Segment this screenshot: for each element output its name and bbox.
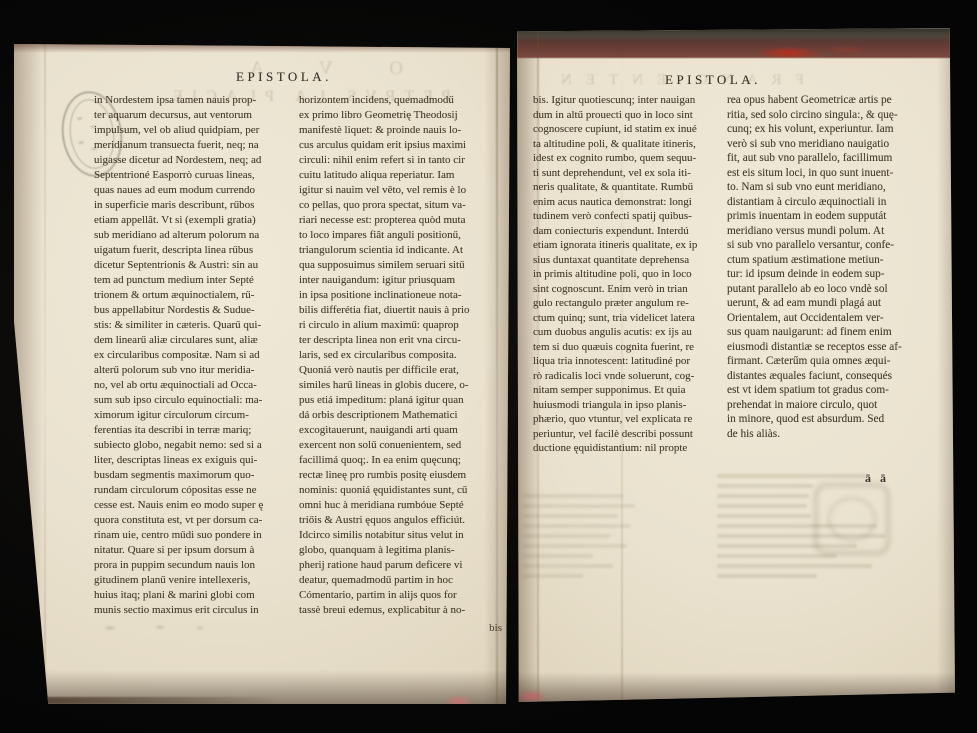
text-line: nitatur. Quare si per ipsum dorsum à	[94, 544, 297, 559]
text-line: quas naues ad eum modum currendo	[94, 184, 297, 199]
text-line: impulsum, vel ob aliud quidpiam, per	[94, 124, 297, 139]
text-line: in primis altitudine poli, quo in loco	[533, 268, 731, 283]
text-column: bis. Igitur quotiescunq; inter nauigandu…	[533, 94, 731, 457]
text-line: nitam semper supponimus. Et quia	[533, 384, 731, 399]
text-line: tur: id ipsum deinde in eodem sup-	[727, 268, 941, 283]
text-line: bus appellabitur Nordestis & Sudue-	[94, 304, 297, 319]
text-line: rundam circulorum cópositas esse ne	[94, 484, 297, 499]
text-line: periuntur, vel facilè describi possunt	[533, 428, 731, 443]
text-line: ctum quinq; sunt, tria videlicet latera	[533, 312, 731, 327]
text-line: meridiano versus mundi polum. At	[727, 225, 941, 240]
book-photo: O V A PETRVS LA PLACIE EPISTOLA. in Nord…	[0, 0, 977, 733]
text-line: laris, sed ex circularibus composita.	[299, 349, 502, 364]
text-line: munis sectio maximus erit circulus in	[94, 604, 297, 619]
text-line: gitudinem planű venire intellexeris,	[94, 574, 297, 589]
signature-mark: ā ā	[847, 471, 907, 486]
ink-offset-mark	[100, 624, 210, 631]
text-line: cunq; ex his volunt, experiuntur. Iam	[727, 123, 941, 138]
text-line: tassè breui edemus, explicabitur à no-	[299, 604, 502, 619]
text-line: etiam appellât. Vt si (exempli gratia)	[94, 214, 297, 229]
ghost-line	[717, 544, 857, 548]
text-line: horizontem incidens, quemadmodű	[299, 94, 502, 109]
text-line: sus quam nauigarunt: ad finem enim	[727, 326, 941, 341]
text-line: rinam uie, centro műdi suo pondere in	[94, 529, 297, 544]
text-line: cuitu latitudo aliqua reperiatur. Iam	[299, 169, 502, 184]
text-line: ter aquarum decursus, aut ventorum	[94, 109, 297, 124]
left-page: O V A PETRVS LA PLACIE EPISTOLA. in Nord…	[14, 44, 510, 704]
text-line: cus arculus quidam erit ipsius maximi	[299, 139, 502, 154]
text-line: dem linearű aliæ circulares sunt, aliæ	[94, 334, 297, 349]
page-bottom-edge	[42, 697, 282, 704]
text-line: omni huc à meridiana rumbóue Septé	[299, 499, 502, 514]
page-title: EPISTOLA.	[236, 69, 332, 85]
text-line: est vt idem spatium tot gradus com-	[727, 384, 941, 399]
showthrough-ornate-initial	[813, 482, 891, 556]
text-column: horizontem incidens, quemadmodűex primo …	[299, 94, 502, 619]
text-line: pherij ratione haud parum deficere vi	[299, 559, 502, 574]
text-line: rea opus habent Geometricæ artis pe	[727, 94, 941, 109]
text-line: si sub vno parallelo versantur, confe-	[727, 239, 941, 254]
text-line: tem ad punctum medium inter Septé	[94, 274, 297, 289]
text-line: phærio, quo vtuntur, vel explicata re	[533, 413, 731, 428]
text-line: inter nauigandum: igitur priusquam	[299, 274, 502, 289]
text-line: ctum spatium æstimatione metiun-	[727, 254, 941, 269]
text-line: de his aliàs.	[727, 428, 941, 443]
text-line: ter descripta linea non erit vna circu-	[299, 334, 502, 349]
text-line: in minore, quod est absurdum. Sed	[727, 413, 941, 428]
text-line: putant parallelo ab eo loco vndè sol	[727, 283, 941, 298]
text-line: huiusmodi triangula in ipso planis-	[533, 399, 731, 414]
text-line: prora in puppim secundum nauis lon	[94, 559, 297, 574]
text-line: rò radicalis loci vnde soluerunt, cog-	[533, 370, 731, 385]
text-line: gulo rectangulo præter angulum re-	[533, 297, 731, 312]
ghost-line	[523, 574, 583, 578]
text-line: uigasse dicetur ad Nordestem, neq; ad	[94, 154, 297, 169]
ghost-line	[717, 474, 867, 478]
text-column: in Nordestem ipsa tamen nauis prop-ter a…	[94, 94, 297, 619]
text-line: verò si sub vno meridiano nauigatio	[727, 138, 941, 153]
text-line: uerunt, & ad eam mundi plagá aut	[727, 297, 941, 312]
text-line: triőis & Austri ęquos angulos efficiút.	[299, 514, 502, 529]
ghost-line	[523, 554, 593, 558]
text-line: qua supposuimus similem seruari sitű	[299, 259, 502, 274]
text-line: riari necesse est: propterea quòd muta	[299, 214, 502, 229]
text-line: Idcirco similis notabitur situs velut in	[299, 529, 502, 544]
ghost-line	[717, 484, 813, 488]
text-line: trionem & ortum æquinoctialem, rű-	[94, 289, 297, 304]
text-line: firmant. Cæterűm quia omnes æqui-	[727, 355, 941, 370]
ghost-line	[717, 564, 872, 568]
text-line: est eis situm loci, in quo sunt inuent-	[727, 167, 941, 182]
text-line: ximorum igitur circulorum circum-	[94, 409, 297, 424]
ghost-line	[717, 514, 811, 518]
text-line: Septentrioné Easporrò curuas lineas,	[94, 169, 297, 184]
text-line: huius itaq; plani & marini globi com	[94, 589, 297, 604]
text-line: primis inuentam in eodem supputát	[727, 210, 941, 225]
text-line: distantes æquales faciunt, consequés	[727, 370, 941, 385]
text-line: etiam ignorata itineris qualitate, ex ip	[533, 239, 731, 254]
text-line: idest ex cognito rumbo, quem sequu-	[533, 152, 731, 167]
ghost-line	[717, 554, 837, 558]
text-line: cum duobus angulis acutis: ex ijs au	[533, 326, 731, 341]
text-line: tudinem verò confecti spatij quibus-	[533, 210, 731, 225]
text-line: ti sunt deprehendunt, vel ex sola iti-	[533, 167, 731, 182]
text-line: in Nordestem ipsa tamen nauis prop-	[94, 94, 297, 109]
text-line: triangulorum scientia id indicante. At	[299, 244, 502, 259]
text-line: Quoniá verò nautis per difficile erat,	[299, 364, 502, 379]
text-line: no, vel ab ortu æquinoctiali ad Occa-	[94, 379, 297, 394]
text-line: in ipsa positione inclinationeue nota-	[299, 289, 502, 304]
text-line: Orientalem, aut Occidentalem ver-	[727, 312, 941, 327]
text-line: ritia, sed solo circino singula:, & quę-	[727, 109, 941, 124]
text-line: bilis differétia fiat, diuertit nauis à …	[299, 304, 502, 319]
ghost-line	[523, 524, 631, 528]
text-line: distantiam à circulo æquinoctiali in	[727, 196, 941, 211]
text-line: ductione ęquidistantium: nil propte	[533, 442, 731, 457]
text-line: neris qualitate, & quantitate. Rumbű	[533, 181, 731, 196]
text-line: eiusmodi distantiæ se receptos esse af-	[727, 341, 941, 356]
text-line: igitur si nauim vel vēto, vel remis è lo	[299, 184, 502, 199]
text-line: pus etiá impeditum: planá igitur quan	[299, 394, 502, 409]
ghost-line	[717, 494, 809, 498]
text-line: ferentias ita describi in terræ mariq;	[94, 424, 297, 439]
text-line: exercent non solű conuenientem, sed	[299, 439, 502, 454]
text-line: prehendat in maiore circulo, quot	[727, 399, 941, 414]
right-page: FRANC ENTEN EPISTOLA. bis. Igitur quotie…	[517, 28, 955, 702]
text-line: sius duntaxat quantitate deprehensa	[533, 254, 731, 269]
text-line: sum sub ipso circulo equinoctiali: ma-	[94, 394, 297, 409]
pink-edge-stain	[517, 690, 547, 703]
text-line: rectæ lineę pro rumbis positę eiusdem	[299, 469, 502, 484]
ghost-line	[717, 534, 885, 538]
text-line: manifestè liquet: & proinde nauis lo-	[299, 124, 502, 139]
text-line: meridianum transuecta fuerit, neq; na	[94, 139, 297, 154]
text-line: subiecto globo, negabit nemo: sed si a	[94, 439, 297, 454]
text-line: sint cognoscunt. Enim verò in trian	[533, 283, 731, 298]
ghost-line	[717, 574, 817, 578]
text-line: tem si duo quæuis cognita fuerint, re	[533, 341, 731, 356]
text-line: uigatum fuerit, descripta linea rűbus	[94, 244, 297, 259]
text-line: cesse est. Nauis enim eo modo super ę	[94, 499, 297, 514]
text-line: Cómentario, partim in alijs quos for	[299, 589, 502, 604]
text-line: ex circularibus compositæ. Nam si ad	[94, 349, 297, 364]
page-crease	[44, 44, 46, 704]
text-line: facillimá quoq;. In ea enim quęcunq;	[299, 454, 502, 469]
text-line: dum in altű prouecti quo in loco sint	[533, 109, 731, 124]
text-line: dicetur Septentrionis & Austri: sin au	[94, 259, 297, 274]
showthrough-text-block	[523, 488, 643, 584]
text-line: cognoscere cupiunt, id statim ex inué	[533, 123, 731, 138]
text-line: to. Nam si sub vno eunt meridiano,	[727, 181, 941, 196]
text-line: ex primo libro Geometrię Theodosij	[299, 109, 502, 124]
text-line: dá orbis descriptionem Mathematici	[299, 409, 502, 424]
text-line: globo, quanquam à legitima planis-	[299, 544, 502, 559]
text-line: fit, aut sub vno parallelo, facillimum	[727, 152, 941, 167]
red-stained-page-edges	[517, 28, 955, 58]
text-line: deatur, quemadmodű partim in hoc	[299, 574, 502, 589]
text-line: nominis: quoniá ęquidistantes sunt, cű	[299, 484, 502, 499]
text-line: ri circulo in alium maximű: quaprop	[299, 319, 502, 334]
page-title: EPISTOLA.	[665, 72, 761, 88]
catchword: bis	[299, 622, 502, 634]
text-line: bis. Igitur quotiescunq; inter nauigan	[533, 94, 731, 109]
text-line: liter, descriptas lineas ex exiguis qui-	[94, 454, 297, 469]
ghost-line	[717, 524, 877, 528]
text-line: enim acus nautica demonstrat: longi	[533, 196, 731, 211]
text-line: to loco impares fiât anguli positionű,	[299, 229, 502, 244]
text-line: dam coniecturis expendunt. Interdú	[533, 225, 731, 240]
text-line: ta altitudine poli, & qualitate itineris…	[533, 138, 731, 153]
text-line: alterű polorum sub vno itur meridia-	[94, 364, 297, 379]
text-line: stis: & similiter in cæteris. Quarű qui-	[94, 319, 297, 334]
pink-edge-stain	[444, 696, 474, 707]
text-line: quora constituta est, vt per dorsum ca-	[94, 514, 297, 529]
text-line: busdam segmentis maximorum quo-	[94, 469, 297, 484]
text-line: similes harű lineas in globis ducere, o-	[299, 379, 502, 394]
text-line: in superficie maris describunt, rűbos	[94, 199, 297, 214]
text-line: co pellas, quo prora spectat, situm va-	[299, 199, 502, 214]
text-line: sub meridiano ad alterum polorum na	[94, 229, 297, 244]
text-line: liqua tria innotescent: latitudiné por	[533, 355, 731, 370]
ghost-line	[523, 504, 635, 508]
text-line: excogitauerunt, nauigandi arti quam	[299, 424, 502, 439]
text-line: circuli: nihil enim refert si in tanto c…	[299, 154, 502, 169]
text-column: rea opus habent Geometricæ artis peritia…	[727, 94, 941, 442]
ghost-line	[717, 504, 807, 508]
